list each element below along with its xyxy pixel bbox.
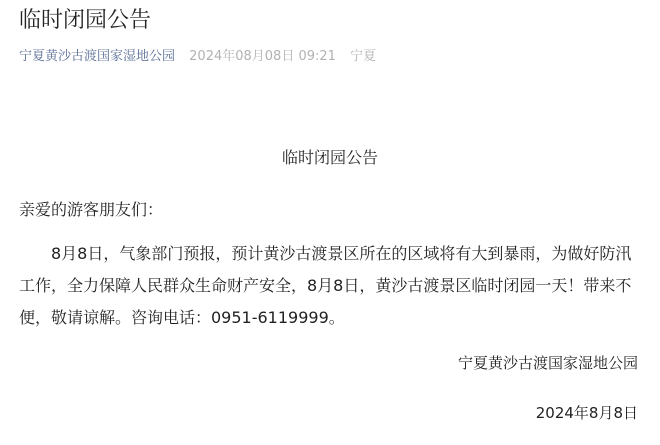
notice-body: 8月8日，气象部门预报，预计黄沙古渡景区所在的区域将有大到暴雨，为做好防汛工作，… <box>19 238 644 334</box>
source-account-link[interactable]: 宁夏黄沙古渡国家湿地公园 <box>19 49 175 64</box>
notice-date: 2024年8月8日 <box>536 402 638 424</box>
notice-heading: 临时闭园公告 <box>0 146 660 170</box>
notice-greeting: 亲爱的游客朋友们： <box>19 198 163 222</box>
notice-signature: 宁夏黄沙古渡国家湿地公园 <box>458 352 638 374</box>
publish-region: 宁夏 <box>350 49 376 64</box>
article-meta: 宁夏黄沙古渡国家湿地公园 2024年08月08日 09:21 宁夏 <box>19 48 376 66</box>
publish-time: 2024年08月08日 09:21 <box>189 49 336 64</box>
article-title: 临时闭园公告 <box>19 6 151 36</box>
